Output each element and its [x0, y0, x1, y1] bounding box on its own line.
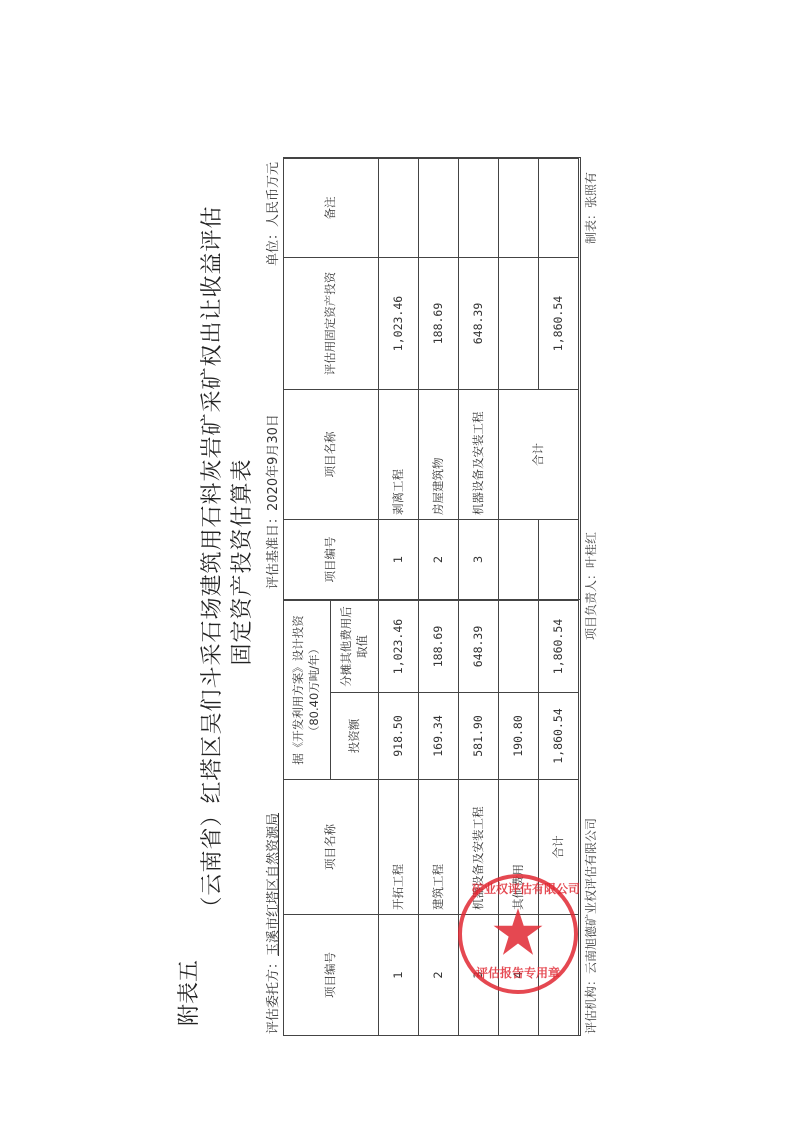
total-allocated: 1,860.54: [539, 600, 579, 692]
row4-no: [499, 519, 539, 599]
evaluation-org: 评估机构：云南旭德矿业权评估有限公司: [582, 818, 599, 1034]
row2-value: 188.69: [419, 257, 459, 389]
rotated-document-page: 附表五 （云南省）红塔区吴们斗采石场建筑用石料灰岩矿采矿权出让收益评估 固定资产…: [0, 0, 794, 1124]
row2-no: 2: [419, 519, 459, 599]
seal-text-bottom: 评估报告专用章: [476, 964, 560, 981]
lead-value: 叶桂红: [584, 532, 598, 568]
base-date-info: 评估基准日：2020年9月30日: [262, 414, 281, 589]
lead-label: 项目负责人：: [584, 568, 598, 640]
header-item-name: 项目名称: [284, 779, 379, 914]
row2-name: 建筑工程: [419, 779, 459, 914]
row4-remark: [499, 158, 539, 257]
row1-no: 1: [379, 914, 419, 1035]
row3-no: 3: [459, 519, 499, 599]
evaluation-investment-table: 项目编号 项目名称 评估用固定资产投资 备注 1 剥离工程 1,023.46 2…: [283, 157, 581, 600]
row1-no: 1: [379, 519, 419, 599]
total-investment: 1,860.54: [539, 692, 579, 779]
row1-name: 开拓工程: [379, 779, 419, 914]
total-no: [539, 519, 579, 599]
header-remark: 备注: [284, 158, 379, 257]
base-date-label: 评估基准日：: [266, 511, 281, 589]
preparer-label: 制表：: [584, 208, 598, 244]
unit-info: 单位：人民币万元: [262, 162, 281, 266]
company-seal: 矿业权评估有限公司 评估报告专用章: [458, 874, 578, 994]
project-lead: 项目负责人：叶桂红: [582, 532, 599, 640]
org-label: 评估机构：: [584, 974, 598, 1034]
row3-allocated: 648.39: [459, 600, 499, 692]
row1-investment: 918.50: [379, 692, 419, 779]
header-eval-investment: 评估用固定资产投资: [284, 257, 379, 389]
header-item-no: 项目编号: [284, 914, 379, 1035]
row2-investment: 169.34: [419, 692, 459, 779]
preparer-value: 张照有: [584, 172, 598, 208]
row1-allocated: 1,023.46: [379, 600, 419, 692]
header-allocated: 分摊其他费用后取值: [331, 600, 379, 692]
total-remark: [539, 158, 579, 257]
seal-text-top: 矿业权评估有限公司: [472, 880, 580, 897]
client-label: 评估委托方：: [266, 956, 281, 1034]
row4-investment: 190.80: [499, 692, 539, 779]
row2-name: 房屋建筑物: [419, 389, 459, 519]
row3-remark: [459, 158, 499, 257]
total-value: 1,860.54: [539, 257, 579, 389]
header-investment: 投资额: [331, 692, 379, 779]
row3-name: 机器设备及安装工程: [459, 389, 499, 519]
star-icon: [492, 906, 544, 958]
row2-no: 2: [419, 914, 459, 1035]
row4-allocated: [499, 600, 539, 692]
row3-investment: 581.90: [459, 692, 499, 779]
row1-remark: [379, 158, 419, 257]
unit-label: 单位：: [266, 227, 281, 266]
client-value: 玉溪市红塔区自然资源局: [266, 813, 281, 956]
header-design-investment-group: 据《开发利用方案》设计投资（80.40万吨/年）: [284, 600, 331, 779]
row2-remark: [419, 158, 459, 257]
header-item-no: 项目编号: [284, 519, 379, 599]
row1-name: 剥离工程: [379, 389, 419, 519]
document-title: （云南省）红塔区吴们斗采石场建筑用石料灰岩矿采矿权出让收益评估: [195, 0, 226, 1124]
client-info: 评估委托方：玉溪市红塔区自然资源局: [262, 813, 281, 1034]
org-value: 云南旭德矿业权评估有限公司: [584, 818, 598, 974]
preparer: 制表：张照有: [582, 172, 599, 244]
row3-value: 648.39: [459, 257, 499, 389]
row2-allocated: 188.69: [419, 600, 459, 692]
header-item-name: 项目名称: [284, 389, 379, 519]
base-date-value: 2020年9月30日: [266, 414, 281, 511]
row4-value: [499, 257, 539, 389]
row1-value: 1,023.46: [379, 257, 419, 389]
document-subtitle: 固定资产投资估算表: [225, 0, 256, 1124]
total-label: 合计: [499, 389, 579, 519]
unit-value: 人民币万元: [266, 162, 281, 227]
